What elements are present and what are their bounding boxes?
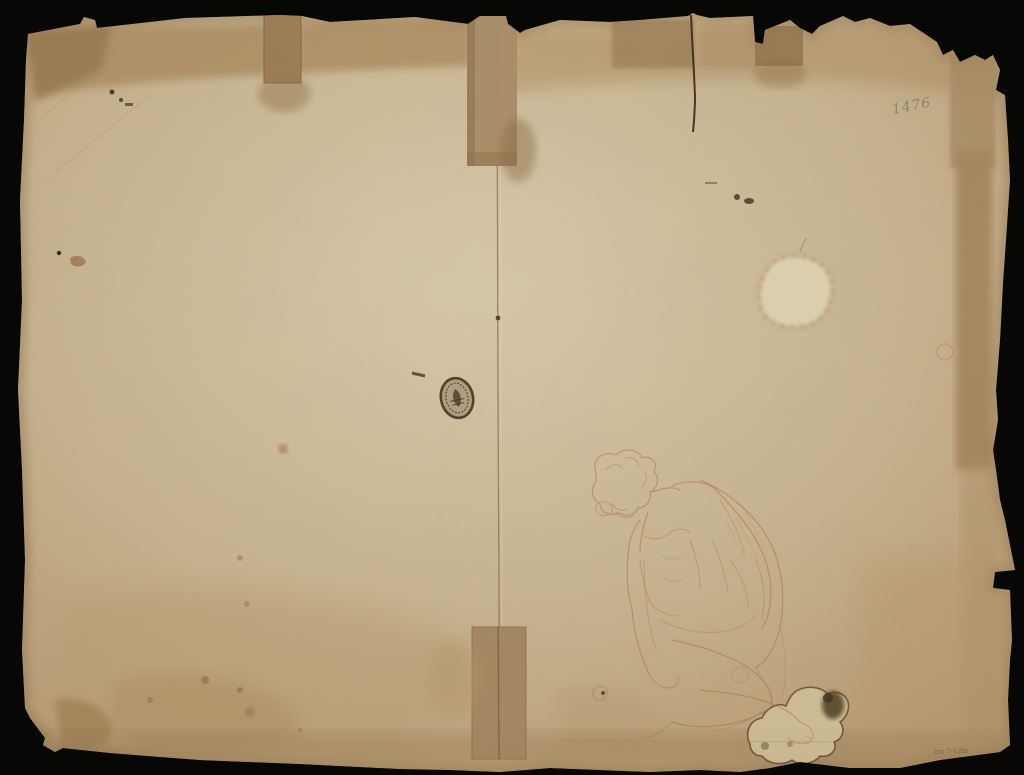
photo-canvas: 1476 2m 7·12m — [0, 0, 1024, 775]
inscription-bottom-right: 2m 7·12m — [933, 747, 969, 756]
